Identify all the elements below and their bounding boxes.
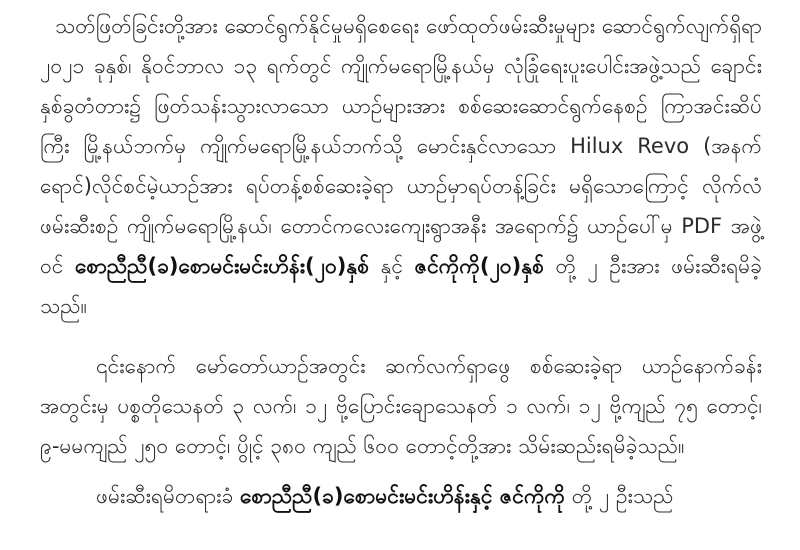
paragraph-seized-items: ၎င်းနောက် မော်တော်ယာဉ်အတွင်း ဆက်လက်ရှာဖွ… [40,346,762,466]
text-segment: ဖမ်းဆီးရမိတရားခံ [96,484,240,508]
defendant-names: စောညီညီ(ခ)စောမင်းမင်းဟိန်းနှင့် ဇင်ကိုကိ… [240,484,565,508]
paragraph-arrest-account: သတ်ဖြတ်ခြင်းတို့အား ဆောင်ရွက်နိုင်မှုမရှ… [40,6,762,326]
text-segment: ၎င်းနောက် မော်တော်ယာဉ်အတွင်း ဆက်လက်ရှာဖွ… [40,354,762,458]
text-segment: တို့ ၂ ဦးသည် [565,484,673,508]
suspect-name-2: ဇင်ကိုကို(၂၀)နှစ် [415,254,544,278]
text-segment: နှင့် [369,254,415,278]
text-segment: သတ်ဖြတ်ခြင်းတို့အား ဆောင်ရွက်နိုင်မှုမရှ… [40,14,762,278]
suspect-name-1: စောညီညီ(ခ)စောမင်းမင်းဟိန်း(၂၀)နှစ် [75,254,369,278]
paragraph-defendants: ဖမ်းဆီးရမိတရားခံ စောညီညီ(ခ)စောမင်းမင်းဟိ… [40,476,762,516]
document-page: သတ်ဖြတ်ခြင်းတို့အား ဆောင်ရွက်နိုင်မှုမရှ… [0,0,800,550]
